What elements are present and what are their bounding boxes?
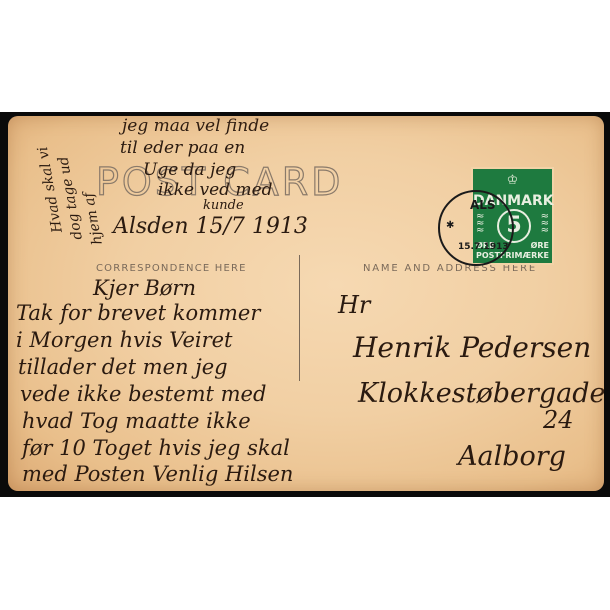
handwriting-line: før 10 Toget hvis jeg skal [22,436,290,460]
address-salutation: Hr [338,291,370,319]
handwriting-line: ikke ved med [158,180,273,200]
postmark-date: 15.7.1913 [458,242,509,252]
address-number: 24 [543,406,574,434]
address-name: Henrik Pedersen [353,331,591,364]
handwriting-date: Alsden 15/7 1913 [113,214,308,239]
handwriting-line: Uge da jeg [143,160,236,180]
handwriting-line: jeg maa vel finde [122,116,269,136]
handwriting-greeting: Kjer Børn [93,276,196,300]
address-label: NAME AND ADDRESS HERE [363,263,537,274]
handwriting-line: vede ikke bestemt med [20,382,266,406]
star-icon: ✱ [446,220,454,231]
postcard: POST CARD CORRESPONDENCE HERE NAME AND A… [8,116,604,491]
handwriting-line: til eder paa en [120,138,245,158]
handwriting-line: tillader det men jeg [18,355,228,379]
handwriting-line: kunde [203,198,244,213]
postmark-town: ALS [470,198,496,212]
waves-icon: ≈≈≈ [541,213,549,234]
crown-icon: ♔ [473,173,552,188]
handwriting-line: i Morgen hvis Veiret [16,328,233,352]
divider-line [299,255,300,381]
address-street: Klokkestøbergade [358,378,604,409]
stamp-currency-right: ØRE [531,241,549,250]
postmark: ALS ✱ 15.7.1913 [438,190,514,266]
address-city: Aalborg [458,441,566,472]
handwriting-line: hvad Tog maatte ikke [22,409,251,433]
handwriting-line: Tak for brevet kommer [16,301,260,325]
correspondence-label: CORRESPONDENCE HERE [96,263,247,274]
handwriting-line: med Posten Venlig Hilsen [22,462,293,486]
